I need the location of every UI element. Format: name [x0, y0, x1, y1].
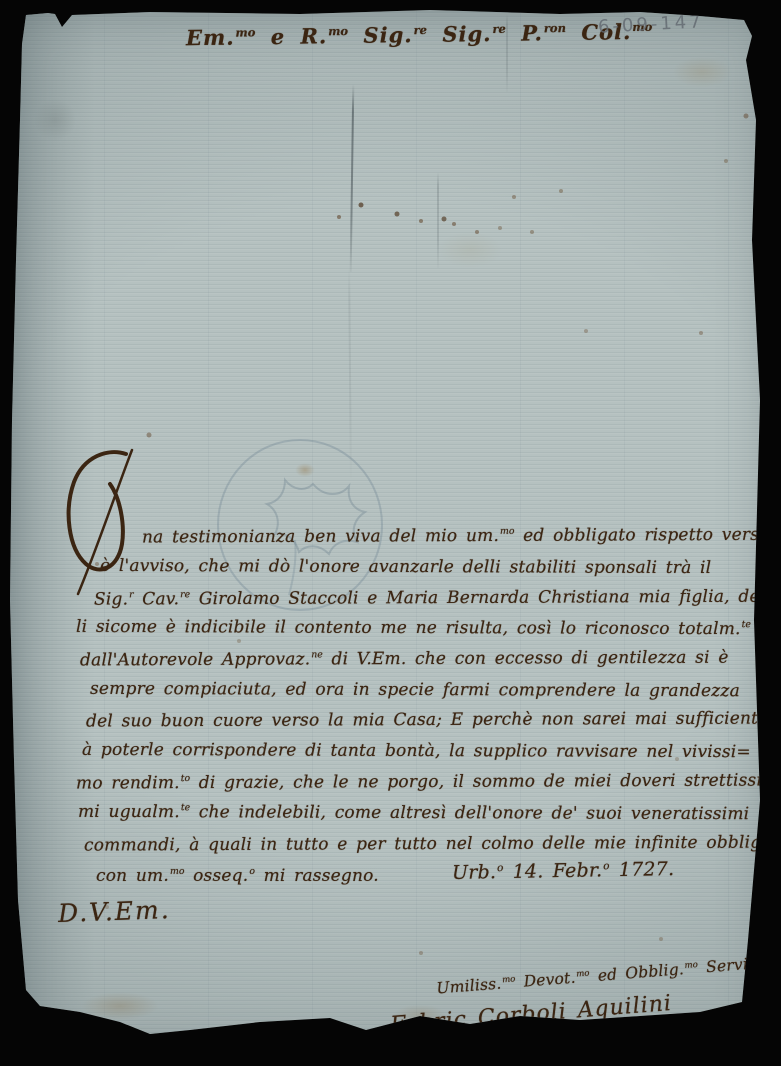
body-line: del suo buon cuore verso la mia Casa; E …	[86, 709, 769, 732]
body-line: à poterle corrispondere di tanta bontà, …	[82, 740, 751, 762]
closing-line: con um.mo osseq.o mi rassegno.	[96, 866, 379, 886]
dateline: Urb.o 14. Febr.o 1727.	[452, 858, 675, 884]
body-line: li sicome è indicibile il contento me ne…	[76, 617, 751, 639]
body-line: sempre compiaciuta, ed ora in specie far…	[90, 679, 740, 701]
body-line: mi ugualm.te che indelebili, come altres…	[78, 802, 749, 824]
body-line: mo rendim.to di grazie, che le ne porgo,…	[76, 770, 777, 793]
manuscript-photo: Em.mo e R.mo Sig.re Sig.re P.ron Col.mo …	[0, 0, 781, 1066]
body-line: dall'Autorevole Approvaz.ne di V.Em. che…	[80, 648, 729, 671]
body-line: commandi, à quali in tutto e per tutto n…	[84, 832, 781, 855]
body-line: è l'avviso, che mi dò l'onore avanzarle …	[100, 556, 711, 578]
foxing-spots	[0, 0, 2, 2]
short-crease	[437, 172, 439, 268]
body-line: na testimonianza ben viva del mio um.mo …	[142, 525, 781, 548]
address-abbreviation: D.V.Em.	[58, 895, 172, 928]
body-line: Sig.r Cav.re Girolamo Staccoli e Maria B…	[94, 586, 781, 609]
letter-paper: Em.mo e R.mo Sig.re Sig.re P.ron Col.mo …	[0, 0, 781, 1066]
